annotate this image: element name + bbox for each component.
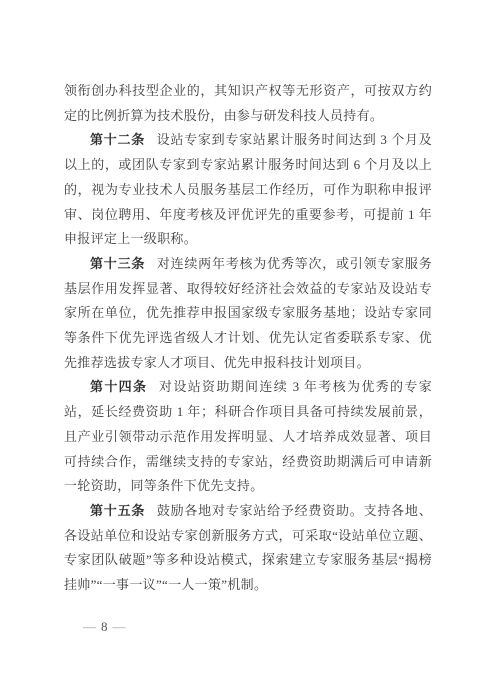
- paragraph-text: 设站专家到专家站累计服务时间达到 3 个月及以上的，或团队专家到专家站累计服务时…: [64, 132, 432, 246]
- clause-heading: 第十四条: [90, 379, 147, 394]
- document-page: 领衔创办科技型企业的，其知识产权等无形资产，可按双方约定的比例折算为技术股份，由…: [0, 0, 495, 700]
- document-body: 领衔创办科技型企业的，其知识产权等无形资产，可按双方约定的比例折算为技术股份，由…: [64, 79, 432, 598]
- paragraph-clause-14: 第十四条对设站资助期间连续 3 年考核为优秀的专家站，延长经费资助 1 年；科研…: [64, 375, 432, 499]
- paragraph-continuation: 领衔创办科技型企业的，其知识产权等无形资产，可按双方约定的比例折算为技术股份，由…: [64, 79, 432, 128]
- paragraph-text: 对设站资助期间连续 3 年考核为优秀的专家站，延长经费资助 1 年；科研合作项目…: [64, 379, 432, 493]
- paragraph-clause-15: 第十五条鼓励各地对专家站给予经费资助。支持各地、各设站单位和设站专家创新服务方式…: [64, 499, 432, 598]
- clause-heading: 第十三条: [90, 256, 145, 271]
- clause-heading: 第十二条: [90, 132, 145, 147]
- paragraph-text: 对连续两年考核为优秀等次，或引领专家服务基层作用发挥显著、取得较好经济社会效益的…: [64, 256, 432, 370]
- paragraph-clause-12: 第十二条设站专家到专家站累计服务时间达到 3 个月及以上的，或团队专家到专家站累…: [64, 128, 432, 252]
- paragraph-clause-13: 第十三条对连续两年考核为优秀等次，或引领专家服务基层作用发挥显著、取得较好经济社…: [64, 252, 432, 376]
- page-number: 8: [101, 619, 108, 634]
- clause-heading: 第十五条: [90, 503, 145, 518]
- page-footer: —8—: [78, 620, 131, 634]
- footer-dash-left: —: [78, 619, 101, 634]
- paragraph-text: 领衔创办科技型企业的，其知识产权等无形资产，可按双方约定的比例折算为技术股份，由…: [64, 83, 432, 123]
- footer-dash-right: —: [108, 619, 131, 634]
